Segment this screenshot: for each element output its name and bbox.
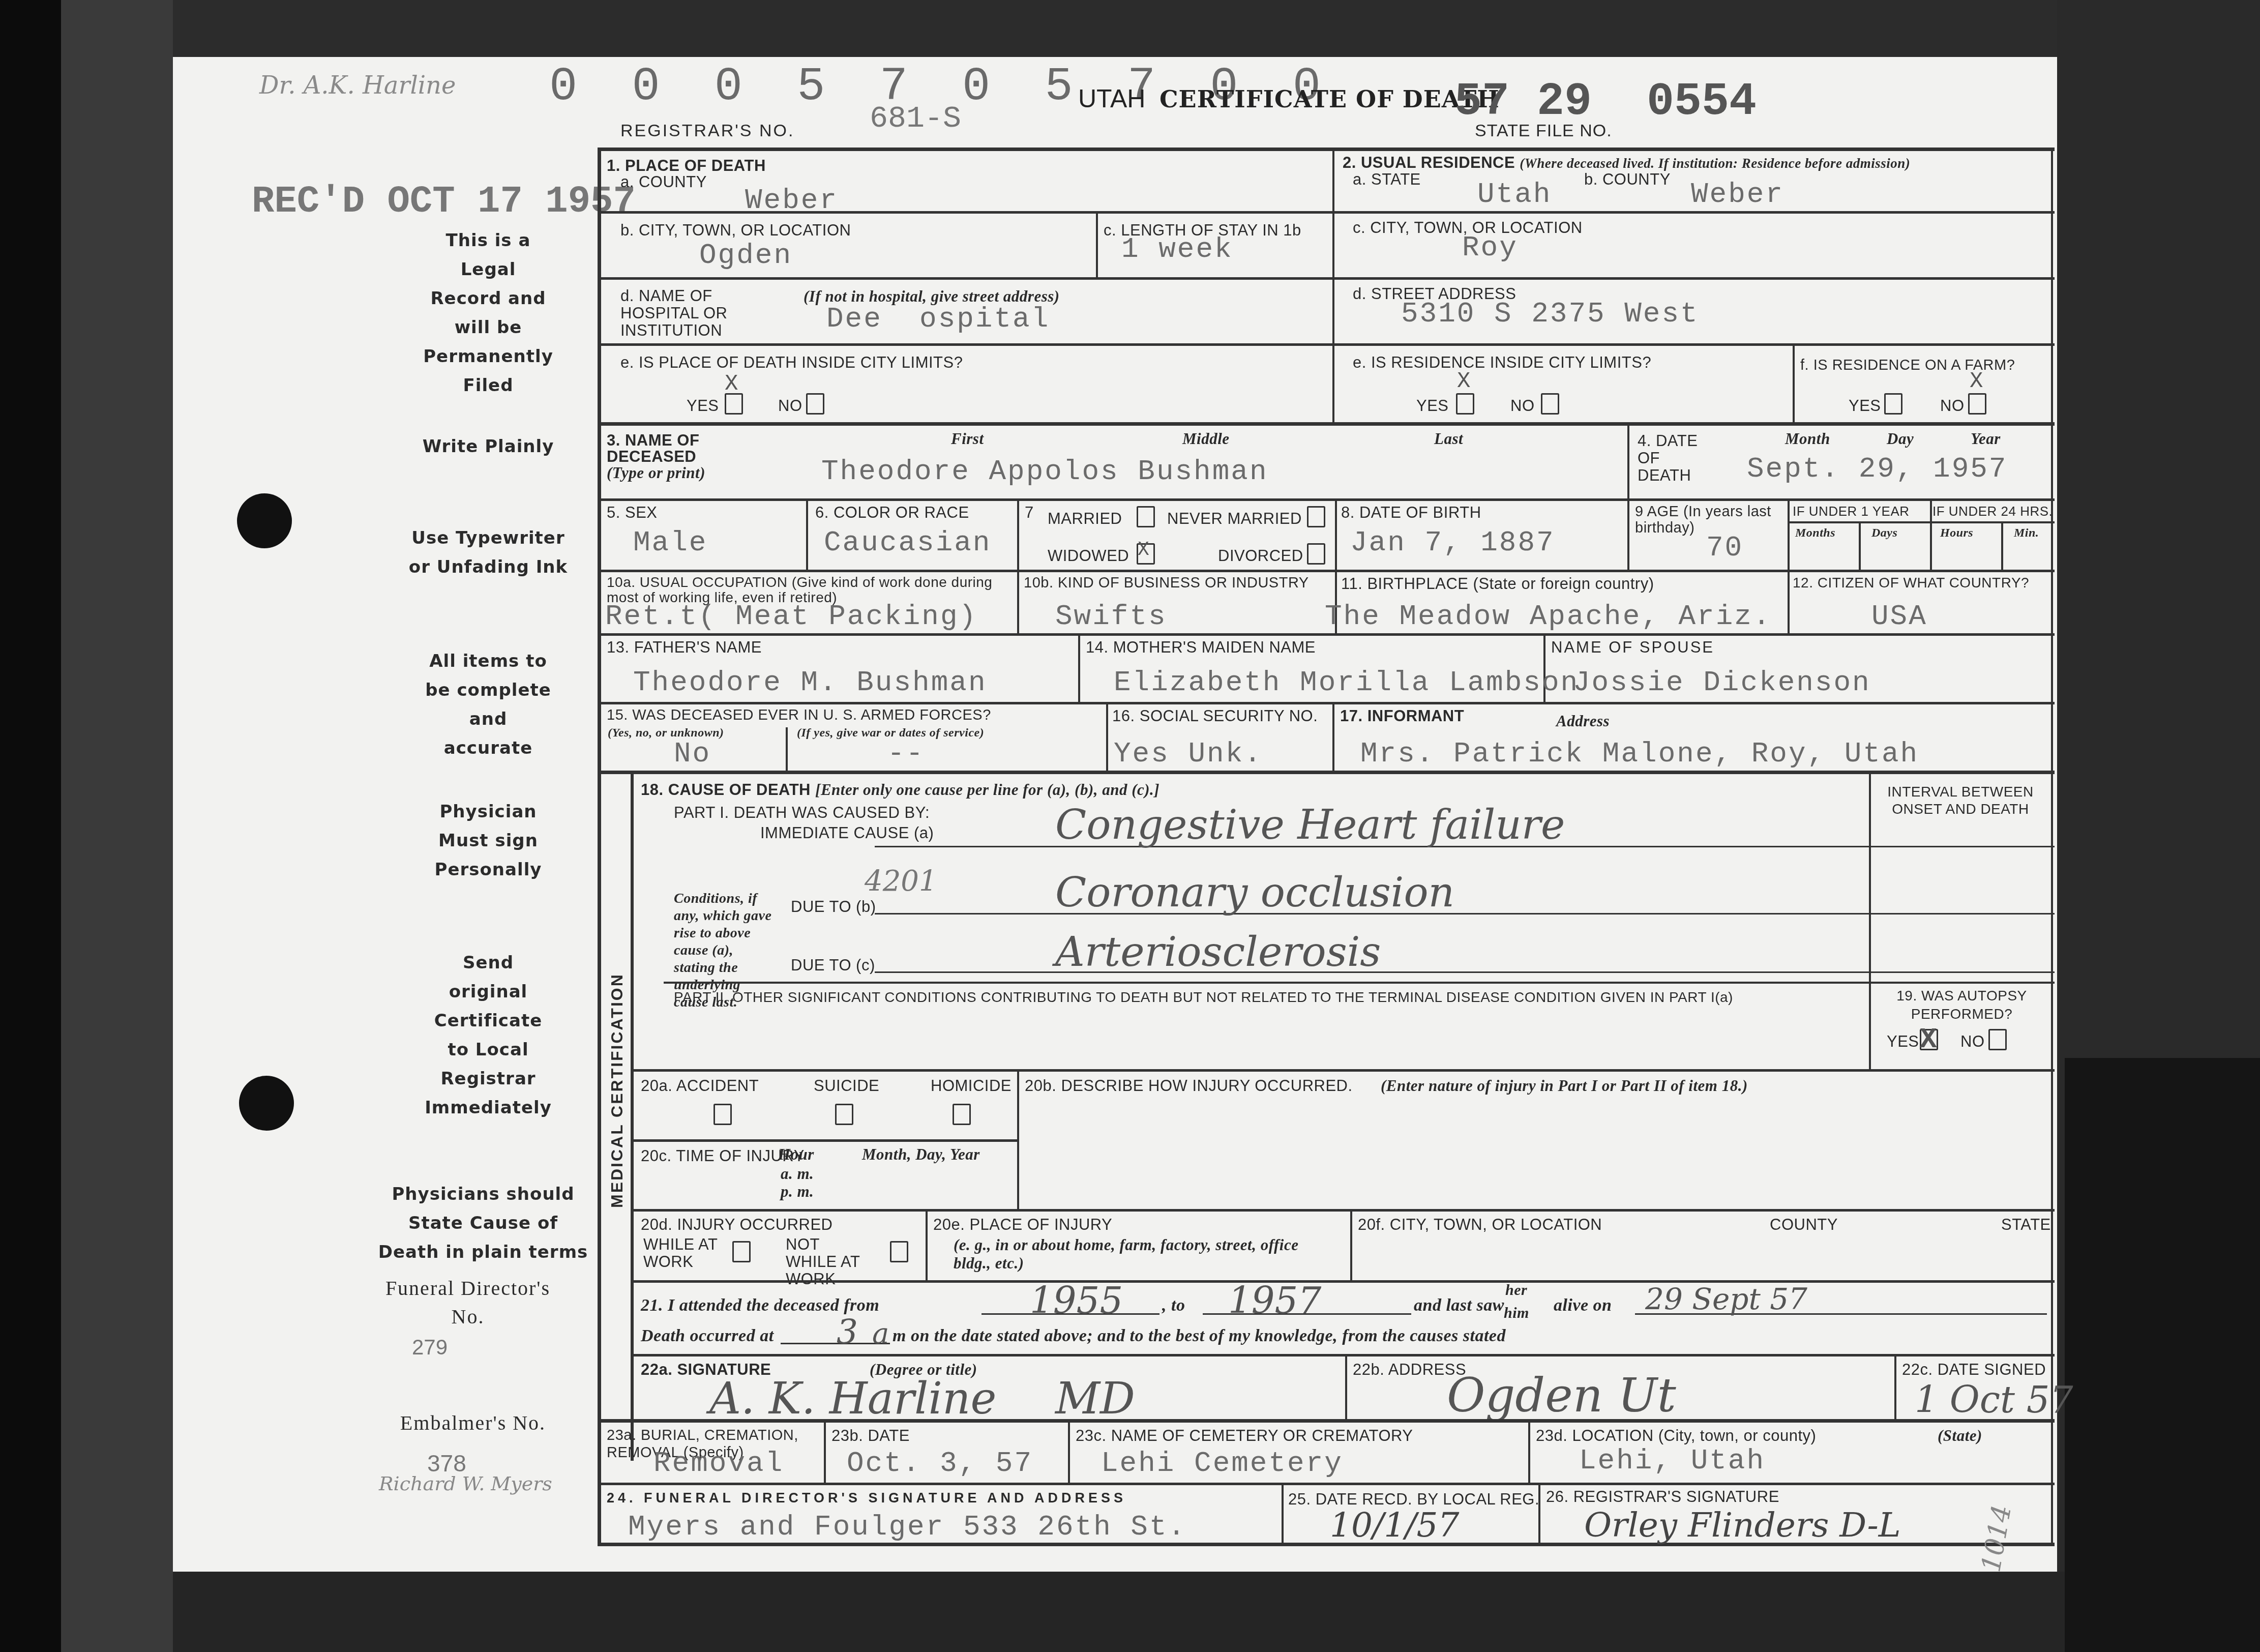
sex-label: 5. SEX — [607, 504, 658, 522]
date-recd-value: 10/1/57 — [1330, 1506, 1459, 1545]
divider — [1894, 1354, 1896, 1419]
divider — [1332, 702, 1334, 771]
divider — [1627, 498, 1629, 570]
last-saw-value: 29 Sept 57 — [1645, 1282, 1807, 1316]
divider — [1017, 498, 1019, 570]
divider — [598, 633, 2055, 636]
divider — [631, 1209, 2055, 1212]
medical-certification-label: MEDICAL CERTIFICATION — [608, 973, 627, 1208]
place-city-value: Ogden — [699, 239, 792, 272]
divider — [1869, 774, 1871, 1069]
married-label: MARRIED — [1048, 510, 1122, 528]
scan-border-bottom — [173, 1572, 2065, 1652]
divider — [1096, 211, 1098, 277]
place-of-death-label: 1. PLACE OF DEATH — [607, 157, 766, 174]
divorced-checkbox[interactable] — [1307, 543, 1325, 565]
embalmer-no-label: Embalmer's No. — [371, 1409, 575, 1437]
cause-code-note: 4201 — [865, 865, 937, 898]
am-label: a. m. — [781, 1165, 814, 1183]
month-label: Month — [1785, 430, 1830, 448]
divider — [631, 1354, 2055, 1356]
divider — [631, 1280, 2055, 1283]
location-value: Lehi, Utah — [1579, 1444, 1765, 1477]
place-county-value: Weber — [745, 184, 838, 217]
race-value: Caucasian — [824, 526, 991, 559]
while-at-work-label: WHILE AT WORK — [643, 1236, 725, 1271]
race-label: 6. COLOR OR RACE — [815, 504, 969, 522]
cause-of-death-label: 18. CAUSE OF DEATH — [641, 781, 811, 799]
no-label: NO — [778, 397, 802, 415]
residence-county-value: Weber — [1691, 178, 1784, 211]
divider — [1788, 521, 2055, 523]
frame-top — [598, 147, 2055, 151]
injury-state-label: STATE — [2001, 1216, 2051, 1234]
under-24-hrs-label: IF UNDER 24 HRS. — [1932, 504, 2053, 519]
hours-label: Hours — [1940, 526, 1973, 540]
city-label: b. CITY, TOWN, OR LOCATION — [620, 221, 851, 240]
usual-residence-hint: (Where deceased lived. If institution: R… — [1520, 156, 1910, 171]
not-while-at-work-checkbox[interactable] — [890, 1241, 908, 1262]
date-of-death-label: 4. DATE OF DEATH — [1638, 432, 1699, 484]
stay-value: 1 week — [1121, 233, 1233, 265]
homicide-checkbox[interactable] — [953, 1104, 971, 1125]
months-label: Months — [1795, 526, 1835, 540]
received-stamp: REC'D OCT 17 1957 — [252, 181, 636, 223]
divider — [786, 727, 788, 771]
hospital-label: d. NAME OF HOSPITAL OR INSTITUTION — [620, 287, 753, 339]
due-to-c-label: DUE TO (c) — [791, 956, 875, 975]
cause-hint: [Enter only one cause per line for (a), … — [815, 781, 1159, 799]
first-label: First — [951, 430, 984, 448]
side-note-typewriter: Use Typewriter or Unfading Ink — [407, 524, 570, 582]
physician-signature: A. K. Harline — [709, 1373, 996, 1424]
divider — [1078, 633, 1080, 702]
part1-label: PART I. DEATH WAS CAUSED BY: — [674, 804, 930, 822]
informant-address-label: Address — [1556, 712, 1610, 730]
date-signed-label: 22c. DATE SIGNED — [1902, 1361, 2046, 1379]
citizen-label: 12. CITIZEN OF WHAT COUNTRY? — [1793, 575, 2029, 591]
yes-label: YES — [1849, 397, 1881, 415]
hospital-value: Dee ospital — [826, 303, 1050, 335]
describe-injury-hint: (Enter nature of injury in Part I or Par… — [1381, 1077, 1748, 1095]
divider — [598, 771, 2055, 774]
ssn-label: 16. SOCIAL SECURITY NO. — [1112, 707, 1318, 725]
immediate-cause-label: IMMEDIATE CAUSE (a) — [760, 824, 934, 842]
marital-label: 7 — [1025, 504, 1034, 522]
checked-x-mark: X — [725, 371, 738, 397]
type-or-print-hint: (Type or print) — [607, 464, 705, 482]
divider — [1930, 498, 1932, 570]
accident-checkbox[interactable] — [713, 1104, 732, 1125]
birthplace-label: 11. BIRTHPLACE (State or foreign country… — [1341, 575, 1654, 593]
interval-a-line — [1869, 846, 2055, 847]
checked-x-mark: X — [1970, 369, 1983, 394]
side-note-send-original: Send original Certificate to Local Regis… — [422, 949, 554, 1123]
yes-label: YES — [687, 397, 719, 415]
side-note-physician-sign: Physician Must sign Personally — [422, 798, 554, 884]
funeral-director-value: Myers and Foulger 533 26th St. — [628, 1511, 1186, 1543]
scan-border-right-dark — [2065, 1058, 2260, 1652]
embalmer-signature: Richard W. Myers — [379, 1472, 552, 1495]
certificate-title: CERTIFICATE OF DEATH — [1159, 85, 1500, 113]
dob-label: 8. DATE OF BIRTH — [1341, 504, 1481, 522]
part2-label: PART II. OTHER SIGNIFICANT CONDITIONS CO… — [674, 989, 1733, 1006]
yes-label: YES — [1887, 1032, 1919, 1051]
divider — [598, 498, 2055, 501]
due-to-b-label: DUE TO (b) — [791, 898, 876, 916]
county-label: a. COUNTY — [620, 173, 707, 191]
checked-x-mark: X — [1920, 1023, 1937, 1056]
registrar-signature-label: 26. REGISTRAR'S SIGNATURE — [1546, 1488, 1779, 1506]
divider — [1788, 570, 1790, 633]
date-signed-value: 1 Oct 57 — [1915, 1378, 2073, 1421]
cemetery-label: 23c. NAME OF CEMETERY OR CREMATORY — [1076, 1427, 1413, 1445]
armed-forces-value: No — [674, 737, 711, 770]
min-label: Min. — [2014, 526, 2039, 540]
interval-label: INTERVAL BETWEEN ONSET AND DEATH — [1877, 783, 2044, 818]
interval-b-line — [1869, 913, 2055, 914]
divider — [1345, 1354, 1347, 1419]
divider — [1859, 521, 1861, 570]
burial-date-label: 23b. DATE — [831, 1427, 910, 1445]
death-occurred-tail: m on the date stated above; and to the b… — [893, 1326, 1506, 1346]
death-ampm-value: a — [872, 1317, 889, 1350]
suicide-label: SUICIDE — [814, 1077, 879, 1095]
side-note-complete: All items to be complete and accurate — [422, 647, 554, 763]
last-label: Last — [1434, 430, 1463, 448]
residence-city-value: Roy — [1462, 231, 1518, 264]
divider — [598, 1419, 2055, 1423]
title-prefix: UTAH — [1078, 84, 1145, 113]
scan-border-left-inner — [61, 0, 173, 1652]
citizen-value: USA — [1871, 600, 1927, 633]
divider — [1332, 147, 1334, 422]
divider — [1282, 1483, 1284, 1544]
armed-dates-value: -- — [887, 737, 925, 770]
interval-c-line — [1869, 971, 2055, 973]
attended-from-value: 1955 — [1030, 1279, 1123, 1322]
hour-label: Hour — [778, 1145, 814, 1164]
farm-no-checkbox[interactable] — [1968, 393, 1986, 415]
divorced-label: DIVORCED — [1218, 547, 1303, 565]
place-of-injury-label: 20e. PLACE OF INJURY — [933, 1216, 1112, 1234]
residence-inside-city-no-checkbox[interactable] — [1541, 393, 1559, 415]
sex-value: Male — [633, 526, 707, 559]
death-hour-value: 3 — [837, 1312, 858, 1351]
divider — [1068, 1419, 1070, 1483]
divider — [1788, 498, 1790, 570]
residence-inside-city-yes-checkbox[interactable] — [1456, 393, 1474, 415]
month-day-year-label: Month, Day, Year — [862, 1145, 980, 1164]
place-inside-city-no-checkbox[interactable] — [806, 393, 824, 415]
side-note-plain-terms: Physicians should State Cause of Death i… — [376, 1180, 590, 1267]
burial-method-value: Removal — [653, 1447, 784, 1480]
married-checkbox[interactable] — [1137, 506, 1155, 527]
location-label: 23d. LOCATION (City, town, or county) — [1536, 1427, 1816, 1445]
divider — [1528, 1419, 1530, 1483]
divider — [1017, 1069, 1019, 1209]
residence-state-value: Utah — [1477, 178, 1552, 211]
mother-label: 14. MOTHER'S MAIDEN NAME — [1086, 638, 1316, 657]
res-county-label: b. COUNTY — [1584, 170, 1671, 189]
mother-value: Elizabeth Morilla Lambson — [1114, 666, 1579, 699]
registrars-no-label: REGISTRAR'S NO. — [620, 121, 794, 141]
scan-border-top — [173, 0, 2085, 57]
alive-on-label: alive on — [1554, 1296, 1612, 1315]
inside-city-label: e. IS PLACE OF DEATH INSIDE CITY LIMITS? — [620, 353, 963, 372]
autopsy-no-checkbox[interactable] — [1988, 1029, 2007, 1050]
industry-value: Swifts — [1055, 600, 1167, 633]
divider — [1627, 422, 1629, 498]
divider — [1350, 1209, 1352, 1280]
father-value: Theodore M. Bushman — [633, 666, 987, 699]
divider — [2001, 521, 2003, 570]
divider — [824, 1419, 826, 1483]
date-of-death-value: Sept. 29, 1957 — [1747, 453, 2007, 485]
usual-residence-label: 2. USUAL RESIDENCE — [1343, 154, 1515, 171]
homicide-label: HOMICIDE — [931, 1077, 1012, 1095]
punch-hole-top — [237, 493, 292, 548]
funeral-director-label: 24. FUNERAL DIRECTOR'S SIGNATURE AND ADD… — [607, 1490, 1126, 1506]
state-label: a. STATE — [1353, 170, 1421, 189]
registrar-signature: Orley Flinders D-L — [1584, 1506, 1901, 1545]
injury-county-label: COUNTY — [1770, 1216, 1838, 1234]
registrars-no: 681-S — [870, 102, 961, 136]
no-label: NO — [1960, 1032, 1985, 1051]
immediate-cause-value: Congestive Heart failure — [1055, 801, 1565, 848]
suicide-checkbox[interactable] — [835, 1104, 853, 1125]
injury-city-label: 20f. CITY, TOWN, OR LOCATION — [1358, 1216, 1602, 1234]
widowed-label: WIDOWED — [1048, 547, 1129, 565]
physician-address: Ogden Ut — [1447, 1368, 1676, 1423]
funeral-director-no-label: Funeral Director's No. — [371, 1274, 564, 1331]
res-inside-city-label: e. IS RESIDENCE INSIDE CITY LIMITS? — [1353, 353, 1651, 372]
divider — [598, 1483, 2055, 1485]
accident-label: 20a. ACCIDENT — [641, 1077, 759, 1095]
farm-yes-checkbox[interactable] — [1884, 393, 1902, 415]
death-occurred-label: Death occurred at — [641, 1326, 774, 1346]
top-handwritten-note: Dr. A.K. Harline — [259, 71, 456, 100]
due-to-b-value: Coronary occlusion — [1055, 869, 1454, 916]
frame-left — [598, 147, 601, 1546]
state-file-no-label: STATE FILE NO. — [1475, 121, 1612, 141]
spouse-label: NAME OF SPOUSE — [1551, 638, 1714, 657]
to-label: , to — [1162, 1296, 1185, 1315]
state-file-number: 57 29 0554 — [1454, 76, 1757, 128]
divider — [1793, 343, 1795, 422]
divider — [598, 343, 2055, 346]
divider — [631, 1139, 1017, 1142]
burial-date-value: Oct. 3, 57 — [847, 1447, 1033, 1480]
funeral-director-no: 279 — [412, 1335, 448, 1360]
birthplace-value: The Meadow Apache, Ariz. — [1325, 600, 1772, 633]
certificate-form: 1. PLACE OF DEATH a. COUNTY Weber b. CIT… — [598, 147, 2055, 1546]
days-label: Days — [1871, 526, 1897, 540]
no-label: NO — [1940, 397, 1965, 415]
divider — [926, 1209, 928, 1280]
deceased-name-value: Theodore Appolos Bushman — [821, 455, 1268, 488]
scan-border-left — [0, 0, 61, 1652]
occupation-value: Ret.t( Meat Packing) — [605, 600, 977, 633]
checked-x-mark: X — [1457, 369, 1470, 394]
autopsy-label: 19. WAS AUTOPSY PERFORMED? — [1874, 987, 2049, 1023]
punch-hole-bottom — [239, 1076, 294, 1131]
cemetery-value: Lehi Cemetery — [1101, 1447, 1343, 1480]
never-married-label: NEVER MARRIED — [1167, 510, 1302, 528]
ssn-value: Yes Unk. — [1114, 737, 1263, 770]
last-saw-label: and last saw — [1414, 1296, 1504, 1315]
attended-to-value: 1957 — [1228, 1279, 1321, 1322]
residence-street-value: 5310 S 2375 West — [1401, 298, 1699, 330]
pm-label: p. m. — [781, 1183, 814, 1201]
divider — [598, 422, 2055, 426]
no-label: NO — [1510, 397, 1535, 415]
physician-degree: MD — [1055, 1373, 1135, 1424]
divider — [598, 570, 2055, 572]
divider — [806, 498, 808, 570]
divider — [631, 1069, 2055, 1072]
due-to-c-value: Arteriosclerosis — [1055, 928, 1381, 976]
side-note-write-plainly: Write Plainly — [422, 432, 554, 461]
while-at-work-checkbox[interactable] — [732, 1241, 751, 1262]
middle-label: Middle — [1182, 430, 1230, 448]
name-of-deceased-label: 3. NAME OF DECEASED — [607, 431, 699, 465]
informant-value: Mrs. Patrick Malone, Roy, Utah — [1360, 737, 1919, 770]
describe-injury-label: 20b. DESCRIBE HOW INJURY OCCURRED. — [1025, 1077, 1353, 1095]
year-label: Year — [1971, 430, 2001, 448]
day-label: Day — [1887, 430, 1914, 448]
injury-occurred-label: 20d. INJURY OCCURRED — [641, 1216, 833, 1234]
yes-label: YES — [1416, 397, 1449, 415]
side-note-legal-record: This is a Legal Record and will be Perma… — [422, 226, 554, 400]
divider — [1017, 570, 1019, 633]
industry-label: 10b. KIND OF BUSINESS OR INDUSTRY — [1024, 575, 1309, 592]
divider — [1106, 702, 1108, 771]
place-of-injury-hint: (e. g., in or about home, farm, factory,… — [954, 1236, 1340, 1273]
checked-x-mark: X — [1138, 539, 1149, 561]
divider — [664, 982, 2055, 984]
age-value: 70 — [1706, 532, 1743, 564]
under-1-year-label: IF UNDER 1 YEAR — [1793, 504, 1910, 519]
medical-column-divider — [631, 774, 634, 1461]
armed-forces-label: 15. WAS DECEASED EVER IN U. S. ARMED FOR… — [607, 707, 991, 724]
dob-value: Jan 7, 1887 — [1350, 526, 1555, 559]
divider — [598, 702, 2055, 704]
spouse-value: Jossie Dickenson — [1573, 666, 1871, 699]
father-label: 13. FATHER'S NAME — [607, 638, 762, 657]
informant-label: 17. INFORMANT — [1340, 707, 1464, 725]
her-label: her — [1505, 1282, 1527, 1299]
divider — [1335, 498, 1337, 570]
location-state-label: (State) — [1938, 1427, 1982, 1445]
divider — [598, 277, 2055, 280]
never-married-checkbox[interactable] — [1307, 506, 1325, 527]
him-label: him — [1504, 1305, 1529, 1322]
